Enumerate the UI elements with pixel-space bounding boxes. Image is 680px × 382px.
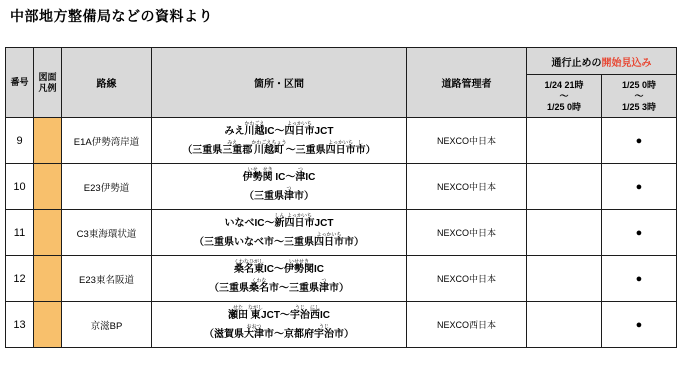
row-number-cell: 12: [6, 256, 34, 302]
administrator-cell: NEXCO中日本: [407, 256, 527, 302]
table-row: 12E23東名阪道桑名東くわなひがしIC～伊勢関いせせきIC（三重県桑名くわな市…: [6, 256, 677, 302]
header-route: 路線: [62, 48, 152, 118]
route-cell: E23伊勢道: [62, 164, 152, 210]
section-line2: （三重県桑名くわな市～三重県津つ市）: [152, 277, 406, 299]
table-row: 13京滋BP瀬田せた東ながしJCT～宇治うじ西にしIC（滋賀県大津おおつ市～京都…: [6, 302, 677, 348]
header-row-top: 番号 図面 凡例 路線 箇所・区間 道路管理者 通行止めの開始見込み: [6, 48, 677, 75]
closure-time1-cell: [527, 118, 602, 164]
closure-time2-cell: ●: [602, 164, 677, 210]
section-line1: いなべIC～新しん四日市よっかいちJCT: [152, 212, 406, 231]
section-line1: みえ川越かわごえIC～四日市よっかいちJCT: [152, 120, 406, 139]
time1-start: 1/24 21時: [527, 80, 601, 91]
time2-end: 1/25 3時: [602, 102, 676, 113]
administrator-cell: NEXCO中日本: [407, 118, 527, 164]
legend-swatch-cell: [34, 164, 62, 210]
section-line2: （滋賀県大津おおつ市～京都府宇治うじ市）: [152, 323, 406, 345]
administrator-cell: NEXCO中日本: [407, 210, 527, 256]
closure-time1-cell: [527, 210, 602, 256]
section-cell: いなべIC～新しん四日市よっかいちJCT（三重県いなべ市～三重県四日市よっかいち…: [152, 210, 407, 256]
table-header: 番号 図面 凡例 路線 箇所・区間 道路管理者 通行止めの開始見込み 1/24 …: [6, 48, 677, 118]
legend-swatch-cell: [34, 256, 62, 302]
section-line2: （三重県いなべ市～三重県四日市よっかいち市）: [152, 231, 406, 253]
time1-end: 1/25 0時: [527, 102, 601, 113]
header-number: 番号: [6, 48, 34, 118]
section-line2: （三重県津つ市）: [152, 185, 406, 207]
header-closure-group: 通行止めの開始見込み: [527, 48, 677, 75]
table-row: 9E1A伊勢湾岸道みえ川越かわごえIC～四日市よっかいちJCT（三重県三重みえ郡…: [6, 118, 677, 164]
page: 中部地方整備局などの資料より 番号 図面 凡例 路線 箇所・区間 道路管理者 通…: [0, 0, 680, 382]
route-cell: E1A伊勢湾岸道: [62, 118, 152, 164]
closure-time2-cell: ●: [602, 256, 677, 302]
closure-time2-cell: ●: [602, 302, 677, 348]
section-line1: 伊勢いせ関せき IC～津つIC: [152, 166, 406, 185]
row-number-cell: 10: [6, 164, 34, 210]
route-cell: E23東名阪道: [62, 256, 152, 302]
closure-time1-cell: [527, 164, 602, 210]
table-row: 11C3東海環状道いなべIC～新しん四日市よっかいちJCT（三重県いなべ市～三重…: [6, 210, 677, 256]
closure-time1-cell: [527, 256, 602, 302]
section-cell: 桑名東くわなひがしIC～伊勢関いせせきIC（三重県桑名くわな市～三重県津つ市）: [152, 256, 407, 302]
closure-label-black: 通行止めの: [552, 58, 602, 69]
closure-time1-cell: [527, 302, 602, 348]
administrator-cell: NEXCO中日本: [407, 164, 527, 210]
legend-swatch-cell: [34, 118, 62, 164]
section-cell: 伊勢いせ関せき IC～津つIC（三重県津つ市）: [152, 164, 407, 210]
header-administrator: 道路管理者: [407, 48, 527, 118]
header-legend: 図面 凡例: [34, 48, 62, 118]
section-line1: 瀬田せた東ながしJCT～宇治うじ西にしIC: [152, 304, 406, 323]
closure-label-red: 開始見込み: [602, 58, 652, 69]
row-number-cell: 9: [6, 118, 34, 164]
section-cell: 瀬田せた東ながしJCT～宇治うじ西にしIC（滋賀県大津おおつ市～京都府宇治うじ市…: [152, 302, 407, 348]
section-line2: （三重県三重みえ郡川越町かわごえちょう～三重県四日市よっかいち市し）: [152, 139, 406, 161]
row-number-cell: 13: [6, 302, 34, 348]
time1-tilde: ～: [527, 91, 601, 102]
header-legend-line2: 凡例: [34, 83, 61, 94]
header-time1: 1/24 21時 ～ 1/25 0時: [527, 75, 602, 118]
route-cell: 京滋BP: [62, 302, 152, 348]
header-section: 箇所・区間: [152, 48, 407, 118]
closure-time2-cell: ●: [602, 210, 677, 256]
legend-swatch-cell: [34, 302, 62, 348]
header-legend-line1: 図面: [34, 72, 61, 83]
route-cell: C3東海環状道: [62, 210, 152, 256]
road-closure-table: 番号 図面 凡例 路線 箇所・区間 道路管理者 通行止めの開始見込み 1/24 …: [5, 47, 677, 348]
table-body: 9E1A伊勢湾岸道みえ川越かわごえIC～四日市よっかいちJCT（三重県三重みえ郡…: [6, 118, 677, 348]
row-number-cell: 11: [6, 210, 34, 256]
legend-swatch-cell: [34, 210, 62, 256]
administrator-cell: NEXCO西日本: [407, 302, 527, 348]
page-title: 中部地方整備局などの資料より: [10, 6, 213, 26]
section-line1: 桑名東くわなひがしIC～伊勢関いせせきIC: [152, 258, 406, 277]
header-time2: 1/25 0時 ～ 1/25 3時: [602, 75, 677, 118]
closure-time2-cell: ●: [602, 118, 677, 164]
time2-start: 1/25 0時: [602, 80, 676, 91]
section-cell: みえ川越かわごえIC～四日市よっかいちJCT（三重県三重みえ郡川越町かわごえちょ…: [152, 118, 407, 164]
table-row: 10E23伊勢道伊勢いせ関せき IC～津つIC（三重県津つ市）NEXCO中日本●: [6, 164, 677, 210]
time2-tilde: ～: [602, 91, 676, 102]
